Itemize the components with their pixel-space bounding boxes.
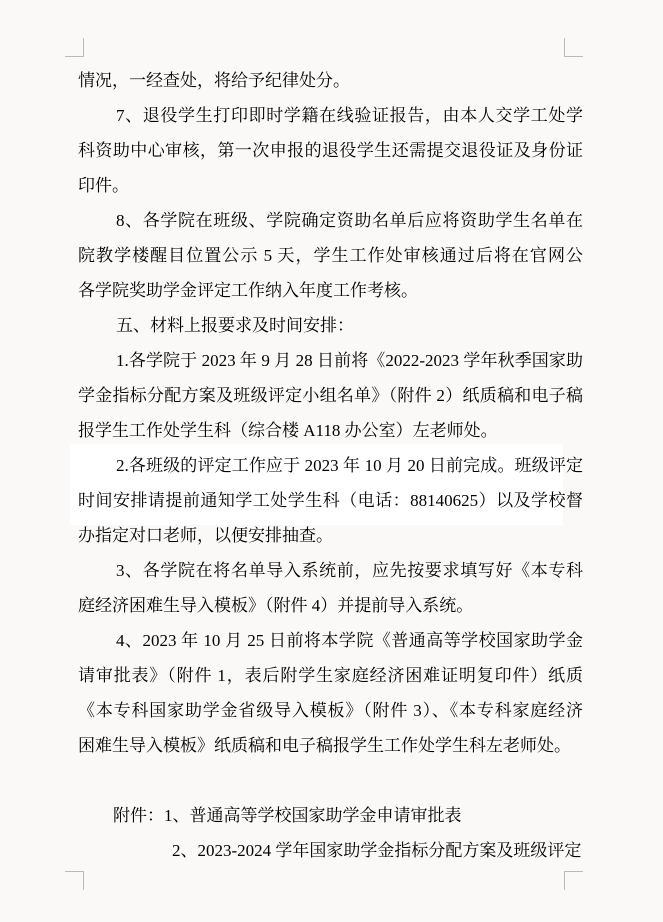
line-item8-1: 8、各学院在班级、学院确定资助名单后应将资助学生名单在学 [78,203,583,238]
line-sched3-2: 庭经济困难生导入模板》（附件 4）并提前导入系统。 [78,588,583,623]
text-boundary-mark-top-right [564,38,583,57]
line-item8-2: 院教学楼醒目位置公示 5 天，学生工作处审核通过后将在官网公示。 [78,238,583,273]
line-item8-3: 各学院奖助学金评定工作纳入年度工作考核。 [78,273,583,308]
text-boundary-mark-top-left [65,38,84,57]
line-item7-2: 科资助中心审核，第一次申报的退役学生还需提交退役证及身份证复 [78,133,583,168]
line-sched2-3: 办指定对口老师，以便安排抽查。 [78,518,583,553]
line-sched3-1: 3、各学院在将名单导入系统前，应先按要求填写好《本专科家 [78,553,583,588]
line-sched2-1: 2.各班级的评定工作应于 2023 年 10 月 20 日前完成。班级评定 [78,448,583,483]
line-section5-heading: 五、材料上报要求及时间安排： [78,308,583,343]
text-boundary-mark-bottom-left [65,871,84,890]
line-sched4-1: 4、2023 年 10 月 25 日前将本学院《普通高等学校国家助学金申 [78,623,583,658]
text-boundary-mark-bottom-right [564,871,583,890]
line-blank [78,763,583,798]
line-sched1-3: 报学生工作处学生科（综合楼 A118 办公室）左老师处。 [78,413,583,448]
line-sched4-3: 《本专科国家助学金省级导入模板》（附件 3）、《本专科家庭经济 [78,693,583,728]
document-text: 情况，一经查处，将给予纪律处分。7、退役学生打印即时学籍在线验证报告，由本人交学… [78,63,583,868]
line-item7-1: 7、退役学生打印即时学籍在线验证报告，由本人交学工处学生 [78,98,583,133]
line-attachment-1: 附件：1、普通高等学校国家助学金申请审批表 [78,798,583,833]
line-attachment-2: 2、2023-2024 学年国家助学金指标分配方案及班级评定 [78,833,583,868]
line-discipline-note: 情况，一经查处，将给予纪律处分。 [78,63,583,98]
line-sched1-2: 学金指标分配方案及班级评定小组名单》（附件 2）纸质稿和电子稿 [78,378,583,413]
page-background: 情况，一经查处，将给予纪律处分。7、退役学生打印即时学籍在线验证报告，由本人交学… [0,0,663,922]
line-sched1-1: 1.各学院于 2023 年 9 月 28 日前将《2022-2023 学年秋季国… [78,343,583,378]
line-sched4-2: 请审批表》（附件 1，表后附学生家庭经济困难证明复印件）纸质稿、 [78,658,583,693]
line-sched4-4: 困难生导入模板》纸质稿和电子稿报学生工作处学生科左老师处。 [78,728,583,763]
line-sched2-2: 时间安排请提前通知学工处学生科（电话：88140625）以及学校督导 [78,483,583,518]
document-page: { "page": { "background_color": "#faf9f7… [0,0,663,922]
line-item7-3: 印件。 [78,168,583,203]
